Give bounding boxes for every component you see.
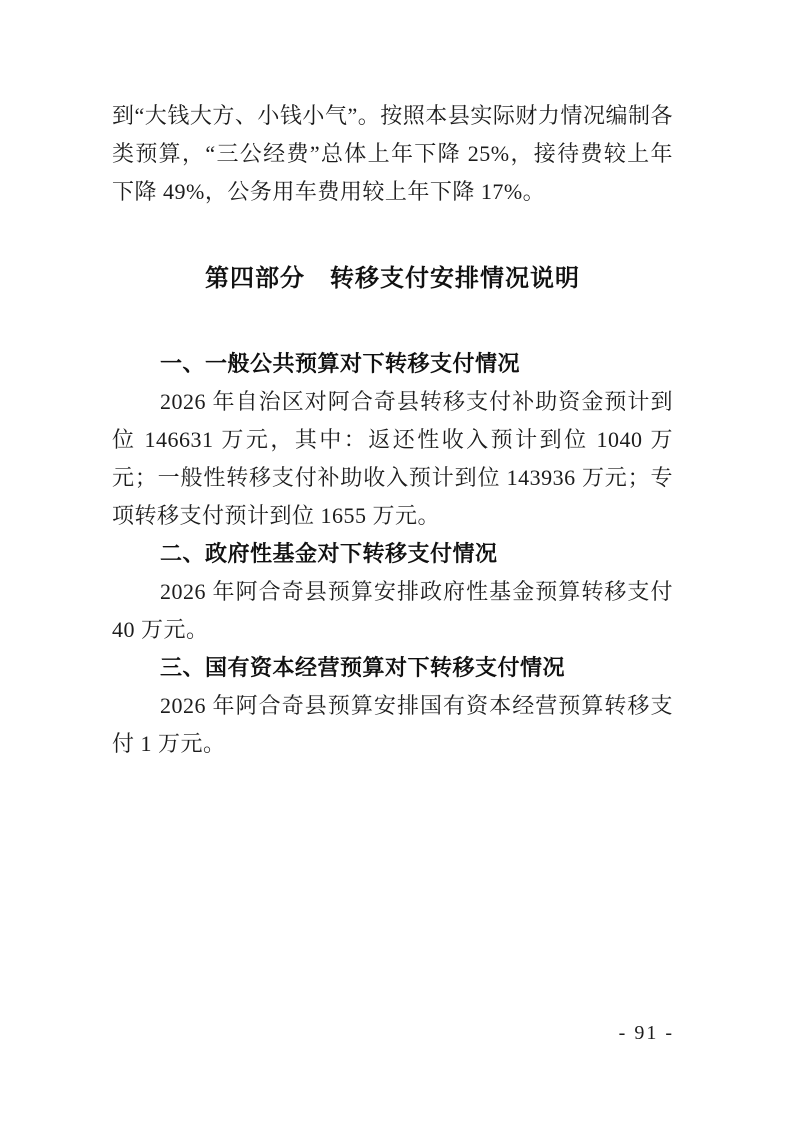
document-content: 到“大钱大方、小钱小气”。按照本县实际财力情况编制各类预算，“三公经费”总体上年…	[112, 97, 673, 763]
intro-paragraph: 到“大钱大方、小钱小气”。按照本县实际财力情况编制各类预算，“三公经费”总体上年…	[112, 97, 673, 211]
section-2-heading: 二、政府性基金对下转移支付情况	[112, 535, 673, 573]
document-page: 到“大钱大方、小钱小气”。按照本县实际财力情况编制各类预算，“三公经费”总体上年…	[0, 0, 793, 1122]
section-3-heading: 三、国有资本经营预算对下转移支付情况	[112, 649, 673, 687]
section-1-body: 2026 年自治区对阿合奇县转移支付补助资金预计到位 146631 万元，其中：…	[112, 383, 673, 535]
section-2-body: 2026 年阿合奇县预算安排政府性基金预算转移支付 40 万元。	[112, 573, 673, 649]
page-number: - 91 -	[619, 1022, 674, 1044]
part-heading: 第四部分 转移支付安排情况说明	[112, 263, 673, 295]
section-1-heading: 一、一般公共预算对下转移支付情况	[112, 345, 673, 383]
section-3-body: 2026 年阿合奇县预算安排国有资本经营预算转移支付 1 万元。	[112, 687, 673, 763]
